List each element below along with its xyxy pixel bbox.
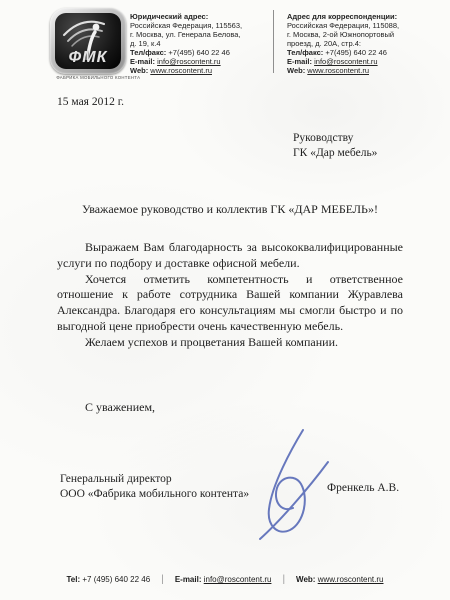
body-paragraph: Выражаем Вам благодарность за высококвал… [57, 240, 403, 272]
postal-address-line: г. Москва, 2-ой Южнопортовый [287, 30, 445, 39]
postal-address-line: Российская Федерация, 115088, [287, 21, 445, 30]
footer-web: Web: www.roscontent.ru [296, 575, 383, 584]
web-link[interactable]: www.roscontent.ru [150, 66, 212, 75]
letter-date: 15 мая 2012 г. [57, 96, 124, 108]
footer-contact-bar: Tel: +7 (495) 640 22 46 | E-mail: info@r… [0, 574, 450, 585]
email-link[interactable]: info@roscontent.ru [314, 57, 377, 66]
web-link[interactable]: www.roscontent.ru [307, 66, 369, 75]
fmk-logo-face: ФМК [55, 13, 121, 69]
footer-email: E-mail: info@roscontent.ru [175, 575, 272, 584]
letter-body: Выражаем Вам благодарность за высококвал… [57, 240, 403, 351]
footer-email-label: E-mail: [175, 575, 202, 584]
phone-value: +7(495) 640 22 46 [168, 48, 230, 57]
legal-address-line: г. Москва, ул. Генерала Белова, [130, 30, 272, 39]
footer-web-link[interactable]: www.roscontent.ru [318, 575, 384, 584]
footer-tel-value: +7 (495) 640 22 46 [82, 575, 150, 584]
signer-title-block: Генеральный директор ООО «Фабрика мобиль… [60, 472, 249, 501]
recipient-line: Руководству [293, 131, 377, 146]
recipient-block: Руководству ГК «Дар мебель» [293, 131, 377, 161]
postal-address-line: проезд, д. 20А, стр.4: [287, 39, 445, 48]
signer-title-line: Генеральный директор [60, 472, 249, 487]
legal-address-block: Юридический адрес: Российская Федерация,… [130, 12, 272, 75]
legal-address-line: д. 19, к.4 [130, 39, 272, 48]
web-label: Web: [287, 66, 305, 75]
salutation: Уважаемое руководство и коллектив ГК «ДА… [57, 202, 403, 217]
fmk-logo: ФМК [50, 8, 126, 74]
company-logo-block: ФМК ФАБРИКА МОБИЛЬНОГО КОНТЕНТА [44, 8, 132, 82]
footer-web-label: Web: [296, 575, 315, 584]
footer-tel: Tel: +7 (495) 640 22 46 [66, 575, 150, 584]
phone-label: Тел/факс: [130, 48, 166, 57]
body-paragraph: Желаем успехов и процветания Вашей компа… [57, 335, 403, 351]
email-link[interactable]: info@roscontent.ru [157, 57, 220, 66]
header-divider [273, 10, 274, 73]
footer-tel-label: Tel: [66, 575, 80, 584]
email-label: E-mail: [130, 57, 155, 66]
body-paragraph: Хочется отметить компетентность и ответс… [57, 272, 403, 335]
legal-address-title: Юридический адрес: [130, 12, 208, 21]
postal-address-block: Адрес для корреспонденции: Российская Фе… [287, 12, 445, 75]
signer-title-line: ООО «Фабрика мобильного контента» [60, 487, 249, 502]
phone-label: Тел/факс: [287, 48, 323, 57]
email-label: E-mail: [287, 57, 312, 66]
legal-address-line: Российская Федерация, 115563, [130, 21, 272, 30]
postal-address-title: Адрес для корреспонденции: [287, 12, 397, 21]
phone-value: +7(495) 640 22 46 [325, 48, 387, 57]
recipient-line: ГК «Дар мебель» [293, 146, 377, 161]
signer-name: Френкель А.В. [327, 482, 399, 494]
footer-email-link[interactable]: info@roscontent.ru [204, 575, 272, 584]
web-label: Web: [130, 66, 148, 75]
logo-tagline: ФАБРИКА МОБИЛЬНОГО КОНТЕНТА [56, 76, 119, 80]
footer-separator: | [282, 574, 285, 585]
footer-separator: | [161, 574, 164, 585]
logo-abbr: ФМК [55, 49, 121, 67]
closing-phrase: С уважением, [85, 400, 155, 415]
